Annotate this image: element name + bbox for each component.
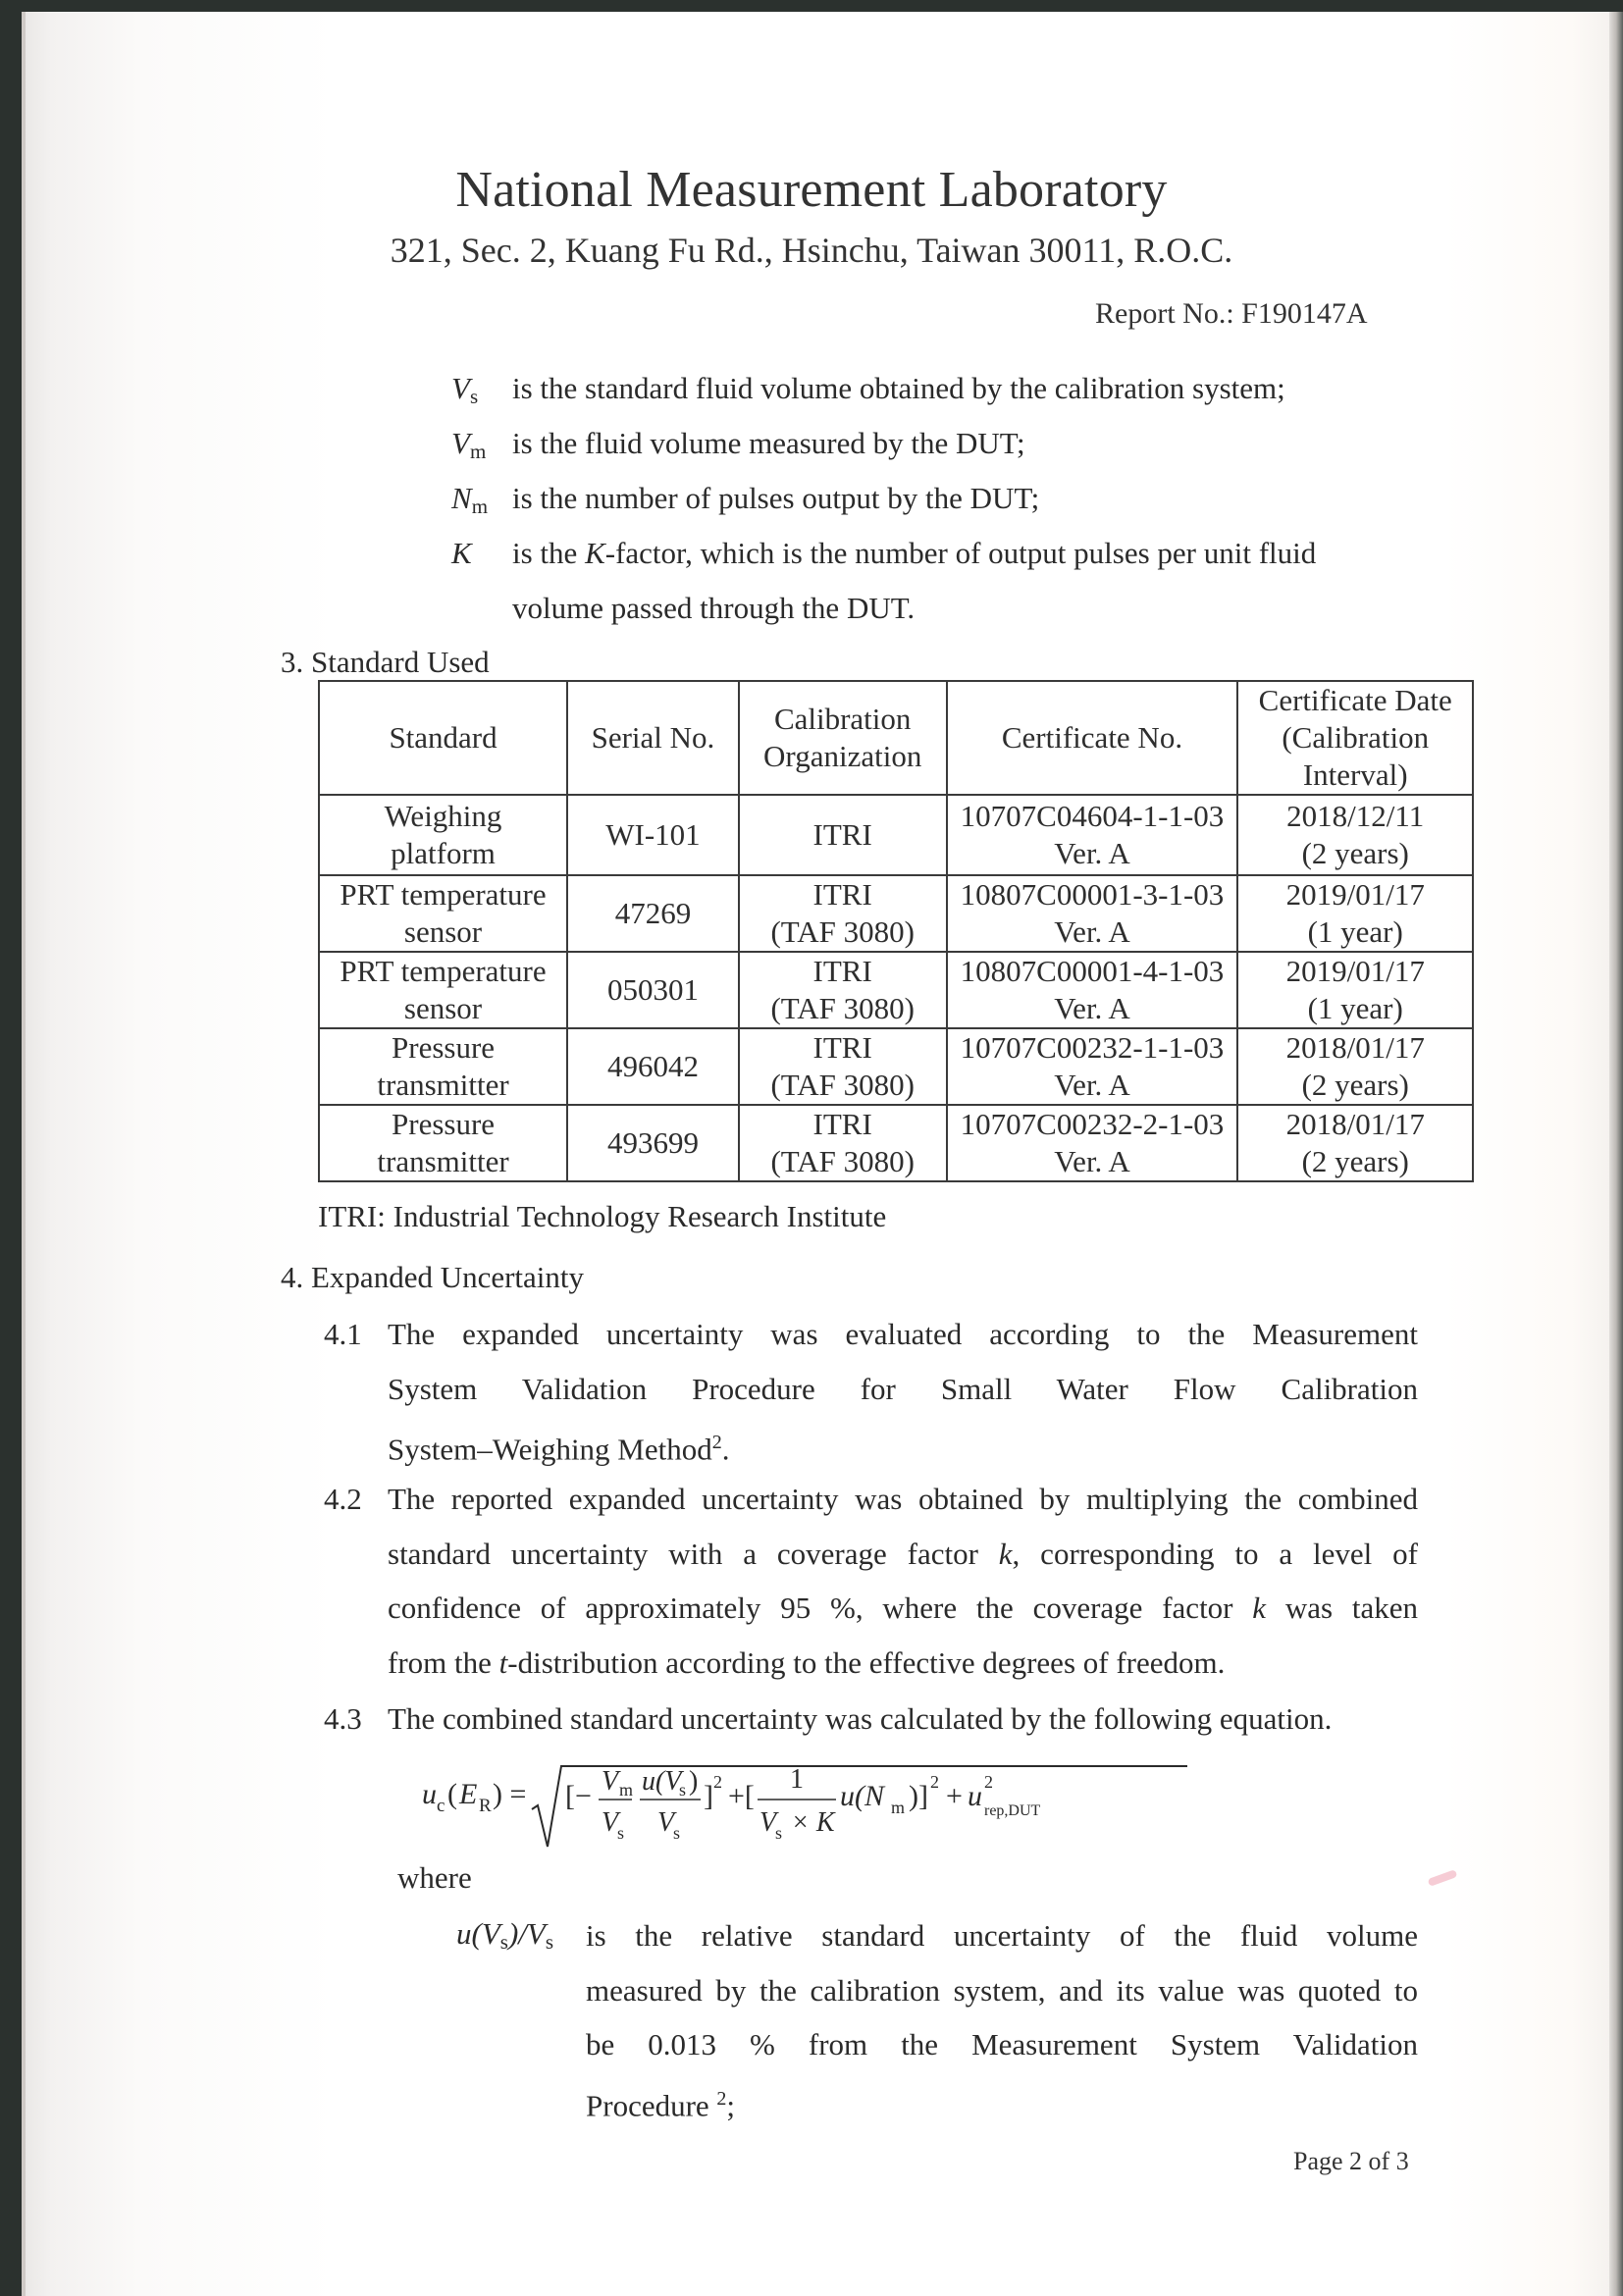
paragraph-number: 4.1 — [324, 1307, 362, 1362]
definition-symbol: Vm — [451, 424, 486, 471]
column-header-certificate-date: Certificate Date(CalibrationInterval) — [1237, 681, 1473, 795]
table-cell: Pressuretransmitter — [319, 1105, 567, 1181]
table-row: Pressuretransmitter496042ITRI(TAF 3080)1… — [319, 1028, 1473, 1105]
column-header-serial-no: Serial No. — [567, 681, 739, 795]
definition-text: volume passed through the DUT. — [512, 589, 915, 628]
svg-text:[−: [− — [565, 1780, 592, 1812]
paragraph-number: 4.2 — [324, 1472, 362, 1527]
paragraph-body: The expanded uncertainty was evaluated a… — [388, 1307, 1418, 1477]
table-cell: PRT temperaturesensor — [319, 952, 567, 1028]
svg-text:s: s — [673, 1823, 680, 1843]
table-cell: 10807C00001-4-1-03Ver. A — [947, 952, 1238, 1028]
svg-text:u(V: u(V — [642, 1766, 684, 1797]
svg-text:2: 2 — [984, 1772, 993, 1792]
svg-text:m: m — [891, 1798, 905, 1817]
definition-text: is the number of pulses output by the DU… — [512, 479, 1039, 518]
table-header-row: Standard Serial No. CalibrationOrganizat… — [319, 681, 1473, 795]
column-header-certificate-no: Certificate No. — [947, 681, 1238, 795]
table-cell: PRT temperaturesensor — [319, 875, 567, 952]
table-cell: ITRI(TAF 3080) — [739, 1105, 947, 1181]
table-cell: 493699 — [567, 1105, 739, 1181]
table-cell: 10707C00232-1-1-03Ver. A — [947, 1028, 1238, 1105]
definition-symbol: K — [451, 534, 472, 573]
svg-text:+[: +[ — [728, 1780, 755, 1812]
table-cell: Weighingplatform — [319, 795, 567, 875]
svg-text:1: 1 — [790, 1764, 804, 1795]
table-cell: 2018/01/17(2 years) — [1237, 1105, 1473, 1181]
svg-text:2: 2 — [713, 1772, 722, 1792]
svg-text:m: m — [619, 1780, 633, 1800]
table-cell: 10707C00232-2-1-03Ver. A — [947, 1105, 1238, 1181]
column-header-standard: Standard — [319, 681, 567, 795]
svg-text:u: u — [422, 1778, 437, 1810]
column-header-calibration-organization: CalibrationOrganization — [739, 681, 947, 795]
table-cell: ITRI — [739, 795, 947, 875]
svg-text:2: 2 — [930, 1772, 939, 1792]
svg-text:E: E — [458, 1778, 477, 1810]
svg-text:]: ] — [704, 1780, 713, 1812]
page-edge-shadow — [1609, 12, 1623, 2296]
table-cell: 10707C04604-1-1-03Ver. A — [947, 795, 1238, 875]
table-row: PRT temperaturesensor050301ITRI(TAF 3080… — [319, 952, 1473, 1028]
page-number: Page 2 of 3 — [1293, 2147, 1409, 2176]
table-row: PRT temperaturesensor47269ITRI(TAF 3080)… — [319, 875, 1473, 952]
svg-text:rep,DUT: rep,DUT — [984, 1802, 1041, 1819]
table-cell: 2018/01/17(2 years) — [1237, 1028, 1473, 1105]
table-cell: Pressuretransmitter — [319, 1028, 567, 1105]
svg-text:c: c — [437, 1796, 445, 1816]
combined-uncertainty-equation: u c ( E R ) = [− V m V s u(V s ) V s ] 2… — [422, 1737, 1187, 1854]
paragraph-number: 4.3 — [324, 1692, 362, 1747]
svg-text:s: s — [679, 1780, 686, 1800]
table-cell: 2018/12/11(2 years) — [1237, 795, 1473, 875]
table-row: Pressuretransmitter493699ITRI(TAF 3080)1… — [319, 1105, 1473, 1181]
definition-text: is the K-factor, which is the number of … — [512, 534, 1316, 573]
table-cell: 2019/01/17(1 year) — [1237, 952, 1473, 1028]
table-cell: 10807C00001-3-1-03Ver. A — [947, 875, 1238, 952]
svg-text:V: V — [602, 1766, 621, 1797]
table-cell: 2019/01/17(1 year) — [1237, 875, 1473, 952]
svg-text:) =: ) = — [493, 1778, 526, 1810]
svg-text:u: u — [968, 1780, 982, 1812]
itri-footnote: ITRI: Industrial Technology Research Ins… — [318, 1199, 886, 1234]
table-cell: ITRI(TAF 3080) — [739, 952, 947, 1028]
table-row: WeighingplatformWI-101ITRI10707C04604-1-… — [319, 795, 1473, 875]
lab-address: 321, Sec. 2, Kuang Fu Rd., Hsinchu, Taiw… — [0, 230, 1623, 271]
svg-text:× K: × K — [791, 1807, 836, 1838]
lab-name-heading: National Measurement Laboratory — [0, 161, 1623, 219]
table-cell: 050301 — [567, 952, 739, 1028]
svg-text:s: s — [617, 1823, 624, 1843]
report-number: Report No.: F190147A — [1095, 297, 1368, 331]
svg-text:u(N: u(N — [840, 1780, 886, 1812]
table-cell: 47269 — [567, 875, 739, 952]
svg-text:(: ( — [447, 1778, 457, 1810]
svg-text:s: s — [775, 1823, 782, 1843]
table-cell: ITRI(TAF 3080) — [739, 1028, 947, 1105]
table-cell: WI-101 — [567, 795, 739, 875]
paragraph-body: The reported expanded uncertainty was ob… — [388, 1472, 1418, 1690]
definition-text: is the standard fluid volume obtained by… — [512, 369, 1285, 408]
uvs-symbol: u(Vs)/Vs — [456, 1916, 553, 1955]
svg-text:)]: )] — [909, 1780, 928, 1812]
where-label: where — [397, 1860, 472, 1896]
uvs-definition: is the relative standard uncertainty of … — [586, 1908, 1418, 2132]
table-cell: 496042 — [567, 1028, 739, 1105]
standards-table: Standard Serial No. CalibrationOrganizat… — [318, 680, 1474, 1182]
definition-text: is the fluid volume measured by the DUT; — [512, 424, 1025, 463]
definition-symbol: Nm — [451, 479, 488, 526]
definition-symbol: Vs — [451, 369, 478, 416]
svg-text:R: R — [479, 1796, 492, 1816]
table-cell: ITRI(TAF 3080) — [739, 875, 947, 952]
section-3-heading: 3. Standard Used — [281, 645, 490, 680]
svg-text:): ) — [689, 1766, 698, 1797]
section-4-heading: 4. Expanded Uncertainty — [281, 1260, 584, 1295]
svg-text:+: + — [946, 1780, 963, 1812]
